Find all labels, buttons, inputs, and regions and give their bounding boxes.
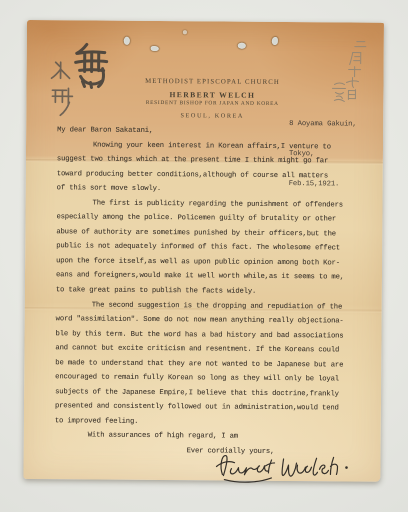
- signature-herbert-welch: [213, 449, 353, 488]
- letterhead-title: Resident Bishop for Japan and Korea: [112, 100, 312, 108]
- letter-body: Knowing your keen interest in Korean aff…: [55, 138, 359, 431]
- letterhead-church: Methodist Episcopal Church: [112, 78, 312, 87]
- photo-background: Methodist Episcopal Church Herbert Welch…: [0, 0, 408, 512]
- paper-hole: [124, 37, 130, 45]
- paper-hole: [183, 30, 187, 34]
- paper-hole: [238, 43, 246, 49]
- letterhead-location: Seoul, Korea: [112, 112, 312, 121]
- letterhead-name: Herbert Welch: [112, 90, 312, 101]
- paper-hole: [151, 46, 159, 51]
- paper-hole: [272, 37, 278, 45]
- letter-text: My dear Baron Sakatani, Knowing your kee…: [55, 123, 360, 460]
- pencil-received-annotation: [326, 38, 369, 104]
- letter-paper: Methodist Episcopal Church Herbert Welch…: [23, 20, 384, 482]
- letterhead: Methodist Episcopal Church Herbert Welch…: [112, 78, 312, 121]
- closing-line: With assurances of high regard, I am: [55, 429, 357, 446]
- brush-kanji-annotation: [46, 38, 113, 123]
